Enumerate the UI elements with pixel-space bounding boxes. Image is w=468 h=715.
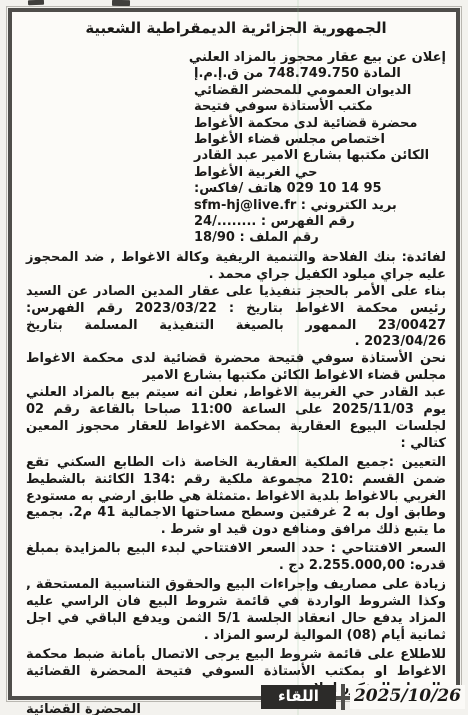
email-label: بريد الكتروني :: [301, 198, 397, 213]
index-number-label: رقم الفهرس :: [261, 214, 355, 229]
legal-article-line: المادة 748.749.750 من ق.إ.م.إ: [194, 66, 446, 82]
newspaper-name-badge: اللقاء: [261, 685, 336, 709]
footer-divider: [341, 684, 345, 710]
file-number-value: 18/90: [194, 230, 235, 245]
paper-tear-mark: [112, 0, 130, 6]
file-number-line: رقم الملف : 18/90: [194, 230, 446, 246]
country-title: الجمهورية الجزائرية الديمقراطية الشعبية: [26, 19, 446, 37]
payment-terms-paragraph: زيادة على مصاريف وإجراءات البيع والحقوق …: [26, 577, 446, 645]
jurisdiction-line: اختصاص مجلس قضاء الأغواط: [194, 132, 446, 148]
file-number-label: رقم الملف :: [239, 230, 318, 245]
phone-label: هاتف /فاكس:: [194, 181, 282, 196]
phone-line: هاتف /فاكس: 029 10 14 95: [194, 181, 446, 197]
index-number-line: رقم الفهرس : ......../24: [194, 214, 446, 230]
notice-header-block: إعلان عن بيع عقار محجوز بالمزاد العلني ا…: [194, 50, 446, 247]
bailiff-name-line: مكتب الأستاذة سوفي فتيحة: [194, 99, 446, 115]
phone-number: 029 10 14 95: [287, 181, 382, 196]
email-address: sfm-hj@live.fr: [194, 198, 296, 213]
paper-tear-mark: [28, 0, 44, 5]
opening-price-paragraph: السعر الافتتاحي : حدد السعر الافتتاحي لب…: [26, 541, 446, 575]
district-line: حي الغربية الأغواط: [194, 165, 446, 181]
beneficiary-paragraph: لفائدة: بنك الفلاحة والتنمية الريفية وكا…: [26, 250, 446, 284]
bailiff-declaration-paragraph: نحن الأستاذة سوفي فتيحة محضرة قضائية لدى…: [26, 351, 446, 385]
property-description-paragraph: التعيين :جميع الملكية العقارية الخاصة ذا…: [26, 455, 446, 540]
notice-body: لفائدة: بنك الفلاحة والتنمية الريفية وكا…: [26, 250, 446, 715]
address-line: الكائن مكتبها بشارع الامير عبد القادر: [194, 148, 446, 164]
ad-frame: الجمهورية الجزائرية الديمقراطية الشعبية …: [8, 8, 460, 700]
email-line: بريد الكتروني : sfm-hj@live.fr: [194, 198, 446, 214]
seizure-order-paragraph: بناء على الأمر بالحجز تنفيذيا على عقار ا…: [26, 284, 446, 352]
newspaper-clipping: الجمهورية الجزائرية الديمقراطية الشعبية …: [0, 0, 468, 715]
office-line: الديوان العمومي للمحضر القضائي: [194, 83, 446, 99]
issue-date: 2025/10/26: [350, 685, 465, 709]
index-number-value: ......../24: [194, 214, 256, 229]
bailiff-title-line: محضرة قضائية لدى محكمة الأغواط: [194, 116, 446, 132]
notice-title: إعلان عن بيع عقار محجوز بالمزاد العلني: [194, 50, 446, 66]
auction-date-paragraph: عبد القادر حي الغربية الاغواط, نعلن انه …: [26, 385, 446, 453]
newspaper-footer: اللقاء 2025/10/26: [261, 684, 465, 710]
